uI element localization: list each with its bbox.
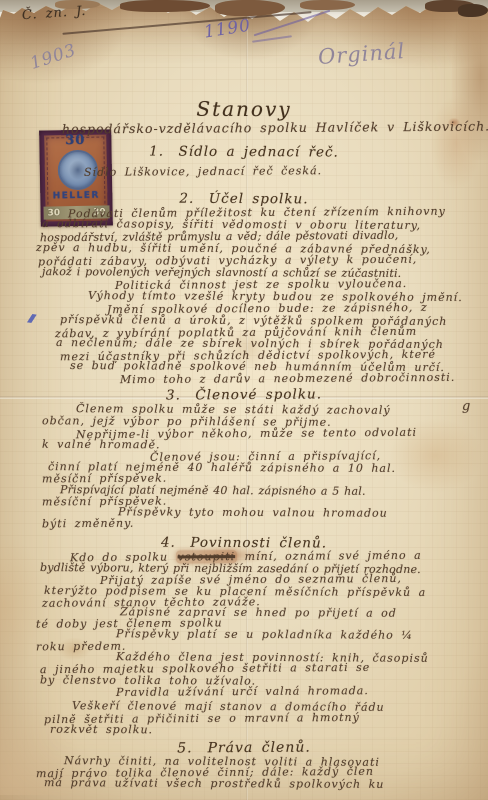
scanned-document-page: { "annotations": { "ref_ink": "Č. zn. J.… [0,0,488,800]
margin-stray-mark: g [462,400,471,415]
text-segment: míní, oznámí své jméno a [237,549,422,563]
text-line: Pravidla užívání určí valná hromada. [116,685,369,699]
text-line: býti změněny. [42,518,134,531]
text-line: Mimo toho z darův a neobmezené dobročinn… [120,372,455,387]
text-line: k valné hromadě. [42,439,161,452]
text-line: rozkvět spolku. [50,724,153,737]
text-line: Příspěvky tyto mohou valnou hromadou [118,506,388,520]
document-subtitle: hospodářsko-vzdělávacího spolku Havlíček… [62,120,488,137]
text-line: Sídlo Liškovice, jednací řeč česká. [84,165,322,179]
text-line: má práva užívati všech prostředků spolko… [44,777,384,791]
text-line: roku předem. [36,641,127,654]
section-1-heading: 1. Sídlo a jednací řeč. [0,144,488,162]
blue-margin-mark [25,313,38,324]
text-line: Příspěvky platí se u pokladníka každého … [116,628,413,642]
